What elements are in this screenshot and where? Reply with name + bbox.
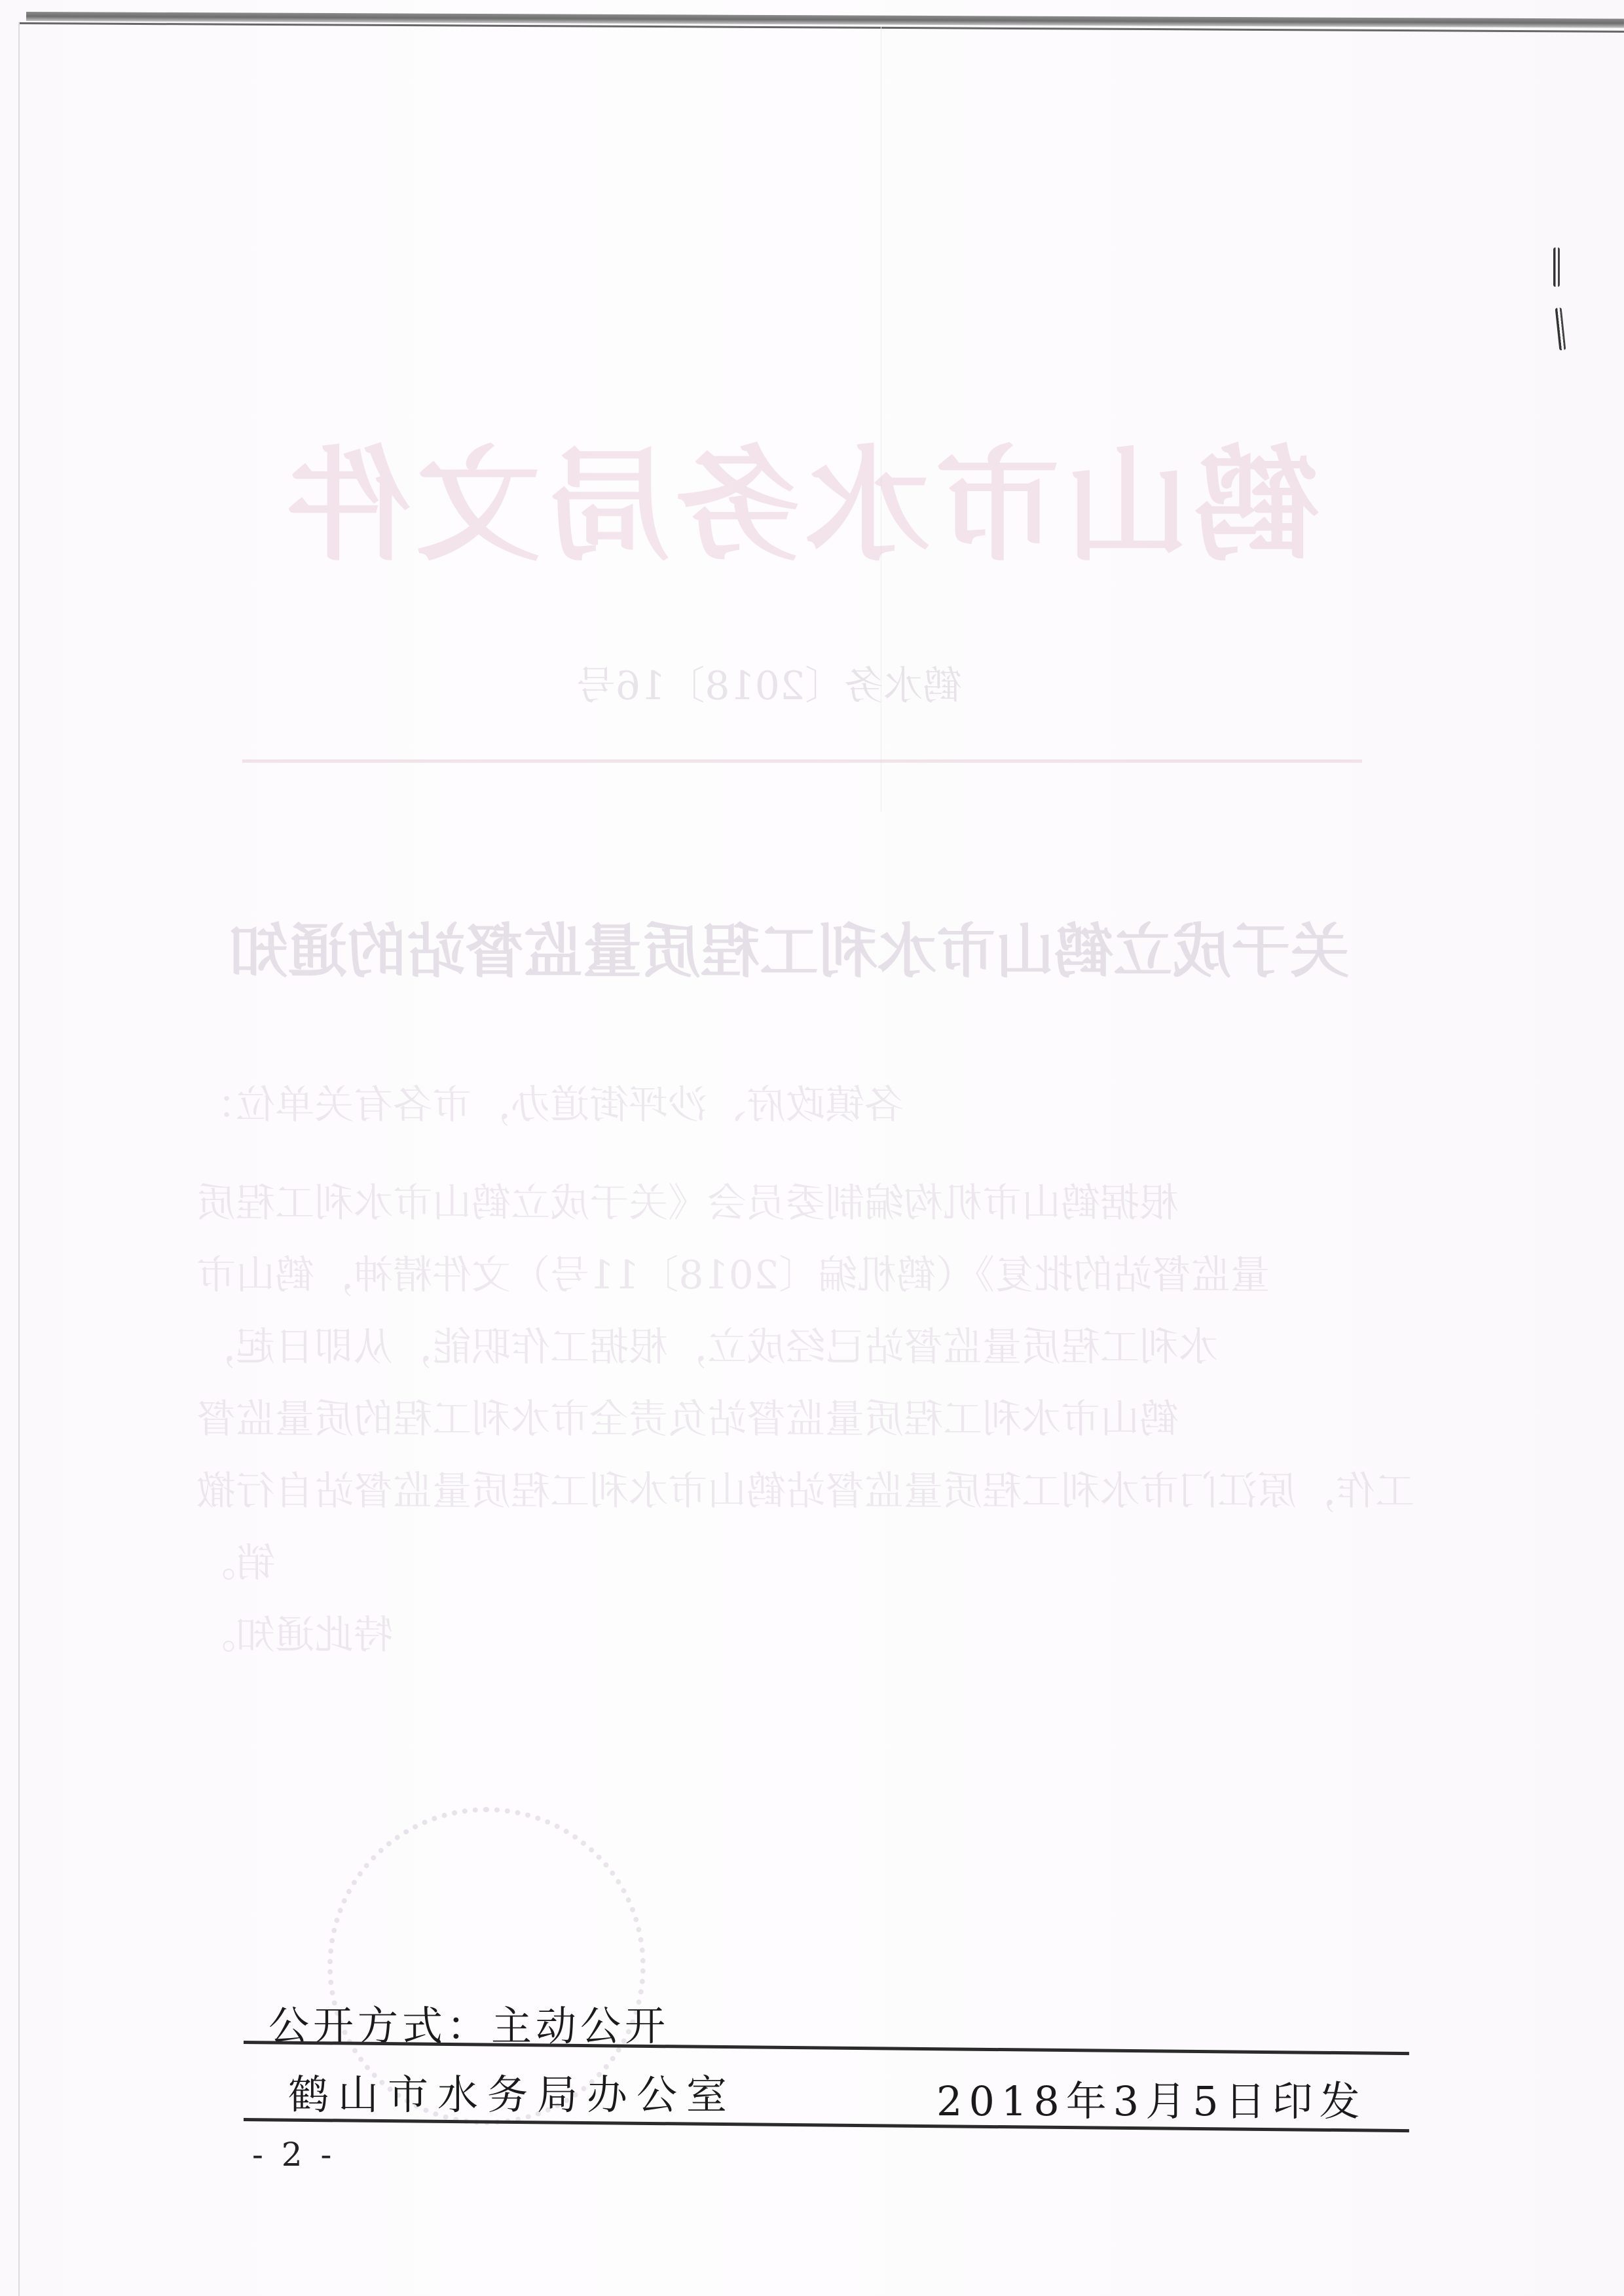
issue-date: 2018年3月5日印发: [936, 2069, 1367, 2127]
scanner-left-edge: [18, 22, 20, 2296]
bleed-through-body-line: 根据鹤山市机构编制委员会《关于成立鹤山市水利工程质: [196, 1172, 1179, 1228]
bleed-through-body-line: 工作，原江门市水利工程质量监督站鹤山市水利工程质量监督站自行撤: [196, 1460, 1414, 1516]
staple-icon: [1555, 308, 1566, 351]
staple-icon: [1553, 247, 1560, 287]
bleed-through-header: 鹤山市水务局文件: [282, 406, 1319, 585]
page-number: - 2 -: [252, 2136, 335, 2174]
bleed-through-body-line: 鹤山市水利工程质量监督站负责全市水利工程的质量监督: [196, 1388, 1179, 1444]
bleed-through-body-line: 水利工程质量监督站已经成立，根据工作职能，从即日起，: [196, 1316, 1218, 1372]
bleed-through-body-line: 量监督站的批复》（鹤机编〔2018〕11号）文件精神，鹤山市: [196, 1244, 1270, 1300]
bleed-through-body-line: 特此通知。: [196, 1604, 393, 1660]
bleed-through-title: 关于成立鹤山市水利工程质量监督站的通知: [229, 903, 1349, 989]
bleed-through-doc-number: 鹤水务〔2018〕16号: [576, 655, 962, 711]
bleed-through-body-line: 销。: [196, 1532, 275, 1588]
scanned-page: 鹤山市水务局文件 鹤水务〔2018〕16号 关于成立鹤山市水利工程质量监督站的通…: [0, 0, 1624, 2296]
bleed-through-body-line: 各镇政府、沙坪街道办，市各有关单位：: [196, 1074, 904, 1130]
bleed-through-red-rule: [242, 759, 1362, 763]
issuing-office: 鹤山市水务局办公室: [288, 2062, 736, 2121]
